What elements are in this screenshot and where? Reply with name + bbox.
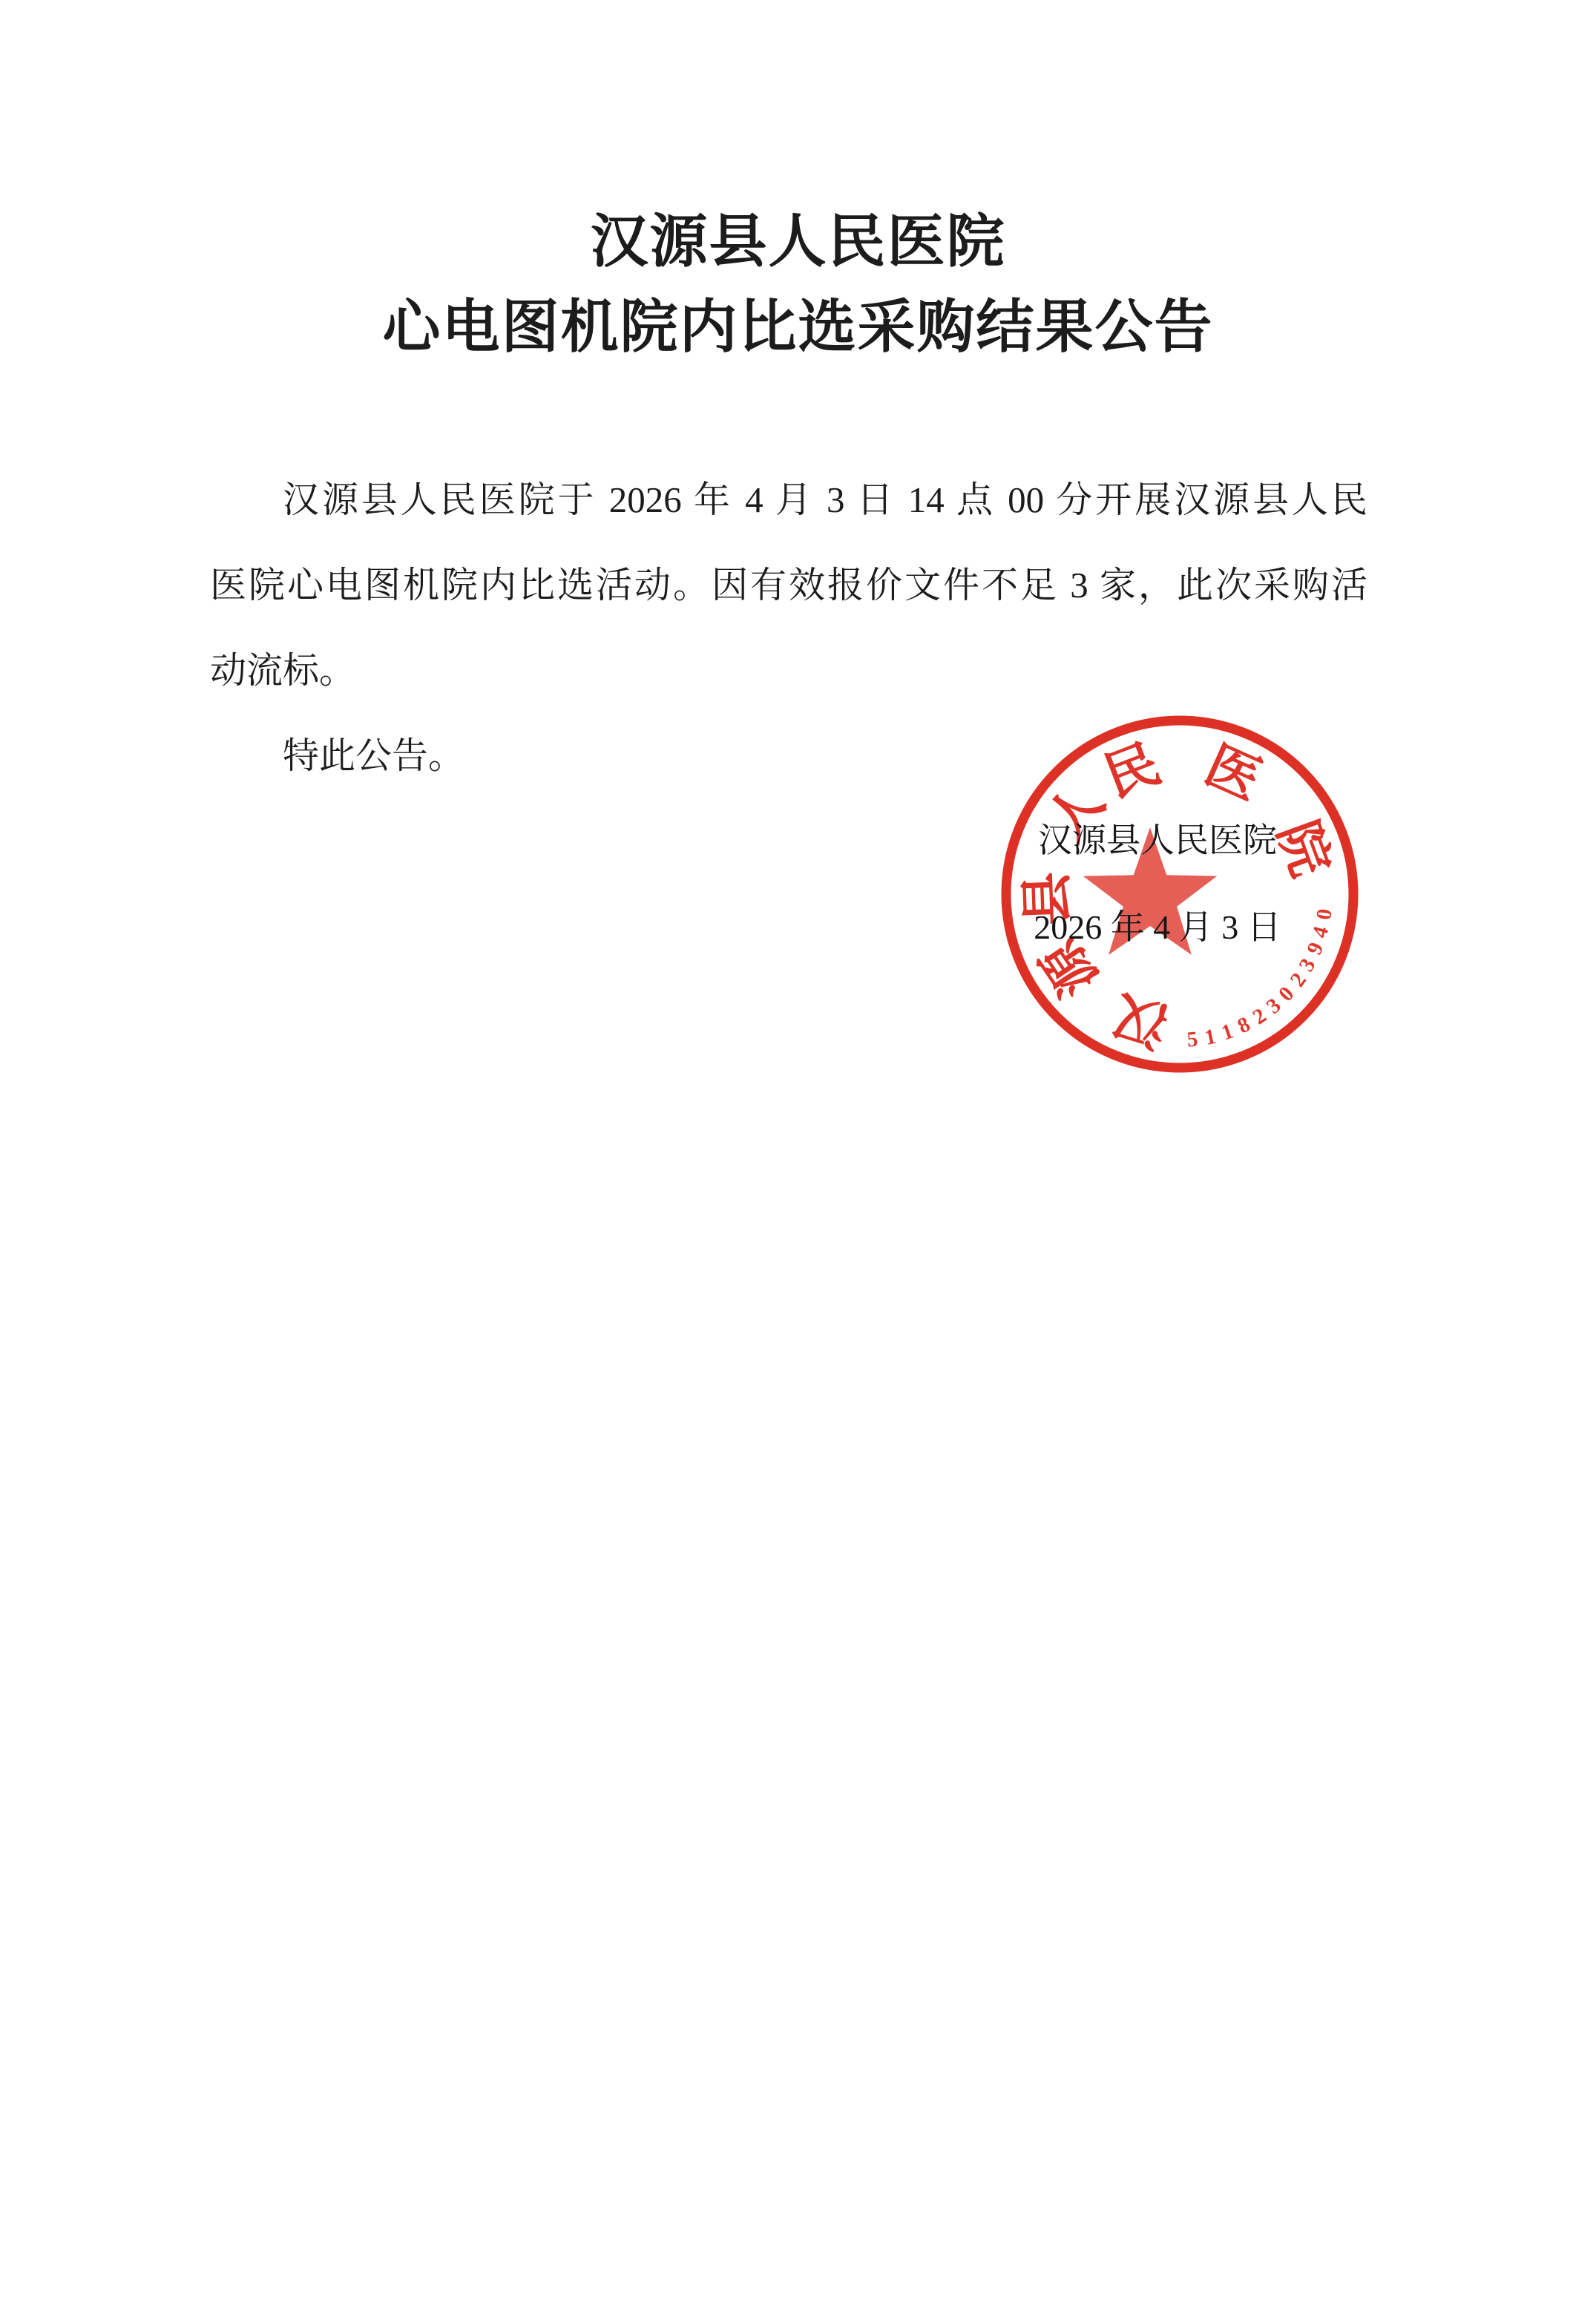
seal-code-digit: 8 — [1234, 1012, 1254, 1038]
seal-code-digit: 1 — [1218, 1019, 1236, 1045]
signature-block: 汉源县人民医院 2026 年 4 月 3 日 — [1009, 797, 1306, 971]
seal-ring-char: 汉 — [1106, 984, 1175, 1057]
signature-date: 2026 年 4 月 3 日 — [1009, 884, 1306, 971]
body-line-2: 医院心电图机院内比选活动。因有效报价文件不足 3 家，此次采购活 — [210, 542, 1367, 628]
document-page: 汉源县人民医院 心电图机院内比选采购结果公告 汉源县人民医院于 2026 年 4… — [0, 0, 1596, 2324]
seal-code-digit: 0 — [1312, 907, 1337, 922]
title-line-1: 汉源县人民医院 — [590, 209, 1005, 274]
title-line-2: 心电图机院内比选采购结果公告 — [382, 295, 1213, 359]
seal-code-digit: 5 — [1186, 1027, 1198, 1051]
seal-code-digit: 2 — [1286, 968, 1311, 991]
signature-org: 汉源县人民医院 — [1009, 797, 1306, 884]
seal-code-digit: 9 — [1302, 939, 1328, 958]
body-line-1: 汉源县人民医院于 2026 年 4 月 3 日 14 点 00 分开展汉源县人民 — [210, 457, 1367, 542]
body-line-3: 动流标。 — [210, 628, 1367, 713]
seal-code-digit: 1 — [1203, 1025, 1218, 1050]
document-title: 汉源县人民医院 心电图机院内比选采购结果公告 — [0, 199, 1596, 370]
seal-code-digit: 4 — [1308, 924, 1334, 940]
